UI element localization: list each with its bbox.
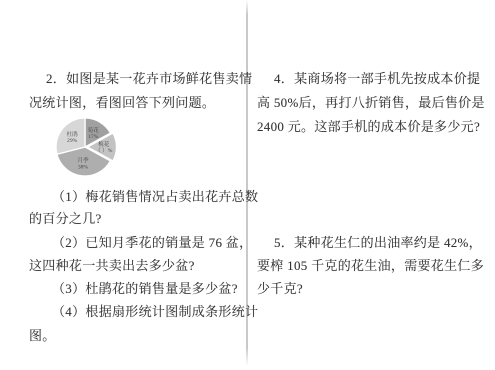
q2-intro-line1: 2．如图是某一花卉市场鲜花售卖情 [29, 71, 252, 87]
q2-sub4-line2: 图。 [29, 328, 56, 344]
q5-line1: 5．某种花生仁的出油率约是 42%， [257, 235, 482, 251]
q5-line2: 要榨 105 千克的花生油，需要花生仁多 [257, 258, 484, 274]
q2-sub1-line1: （1）梅花销售情况占卖出花卉总数 [29, 189, 258, 205]
q4-line3: 2400 元。这部手机的成本价是多少元? [257, 119, 480, 135]
pie-chart-svg: 菊花17%梅花（ ）%月季38%杜鹃29% [43, 109, 135, 185]
pie-slice-pct-label: 29% [67, 138, 78, 144]
pie-slice-pct-label: 17% [88, 134, 99, 140]
pie-slice-name-label: 月季 [77, 156, 89, 164]
pie-slice-name-label: 杜鹃 [67, 130, 79, 138]
q2-sub4-line1: （4）根据扇形统计图制成条形统计 [29, 304, 258, 320]
q2-sub2-line2: 这四种花一共卖出去多少盆? [29, 258, 195, 274]
right-column: 4．某商场将一部手机先按成本价提 高 50%后，再打八折销售，最后售价是 240… [257, 0, 475, 370]
scanned-worksheet-page: 2．如图是某一花卉市场鲜花售卖情 况统计图，看图回答下列问题。 菊花17%梅花（… [0, 0, 495, 370]
flower-sales-pie-chart: 菊花17%梅花（ ）%月季38%杜鹃29% [43, 109, 135, 190]
pie-slice-name-label: 菊花 [88, 126, 100, 134]
q2-sub3-line1: （3）杜鹃花的销售量是多少盆? [29, 281, 238, 297]
q4-line1: 4．某商场将一部手机先按成本价提 [257, 71, 480, 87]
left-column: 2．如图是某一花卉市场鲜花售卖情 况统计图，看图回答下列问题。 菊花17%梅花（… [29, 0, 242, 370]
q2-sub1-line2: 的百分之几? [29, 211, 102, 227]
pie-slice-pct-label: 38% [78, 164, 89, 170]
pie-slice-name-label: 梅花 [98, 140, 110, 148]
pie-slice-pct-label: （ ）% [95, 147, 113, 154]
q2-sub2-line1: （2）已知月季花的销量是 76 盆， [29, 235, 252, 251]
q5-line3: 少千克? [257, 281, 303, 297]
q4-line2: 高 50%后，再打八折销售，最后售价是 [257, 95, 485, 111]
